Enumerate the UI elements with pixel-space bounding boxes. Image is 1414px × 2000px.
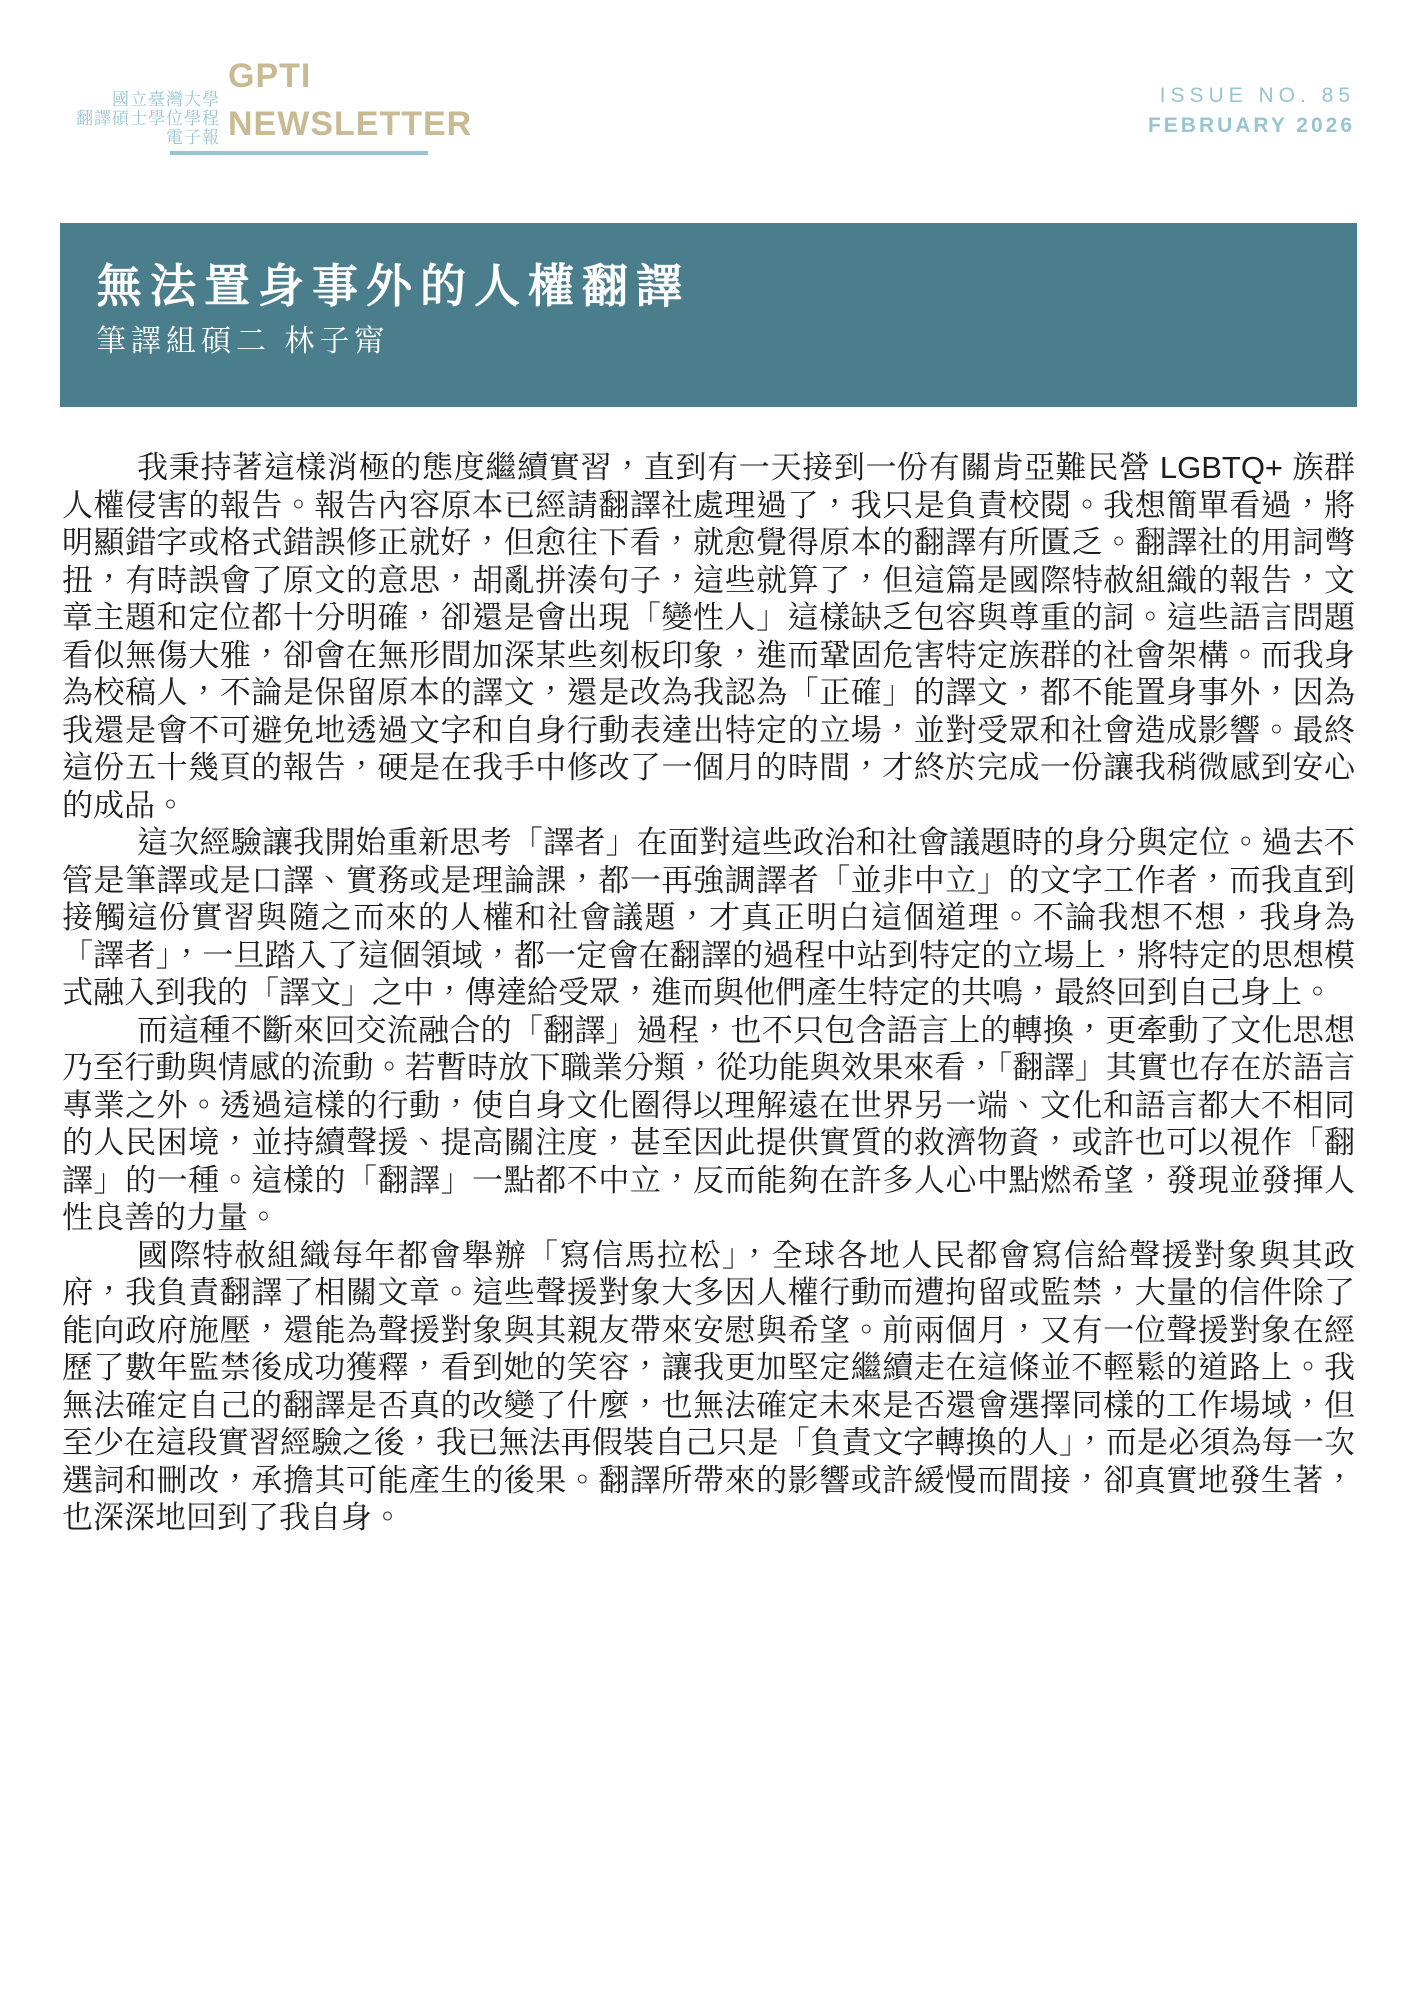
article-paragraph: 國際特赦組織每年都會舉辦「寫信馬拉松」，全球各地人民都會寫信給聲援對象與其政府，…: [62, 1237, 1355, 1537]
org-line-program: 翻譯碩士學位學程: [0, 109, 220, 128]
gpti-logo: GPTI NEWSLETTER: [228, 52, 472, 148]
issue-info: ISSUE NO. 85 FEBRUARY 2026: [1148, 84, 1355, 138]
article-paragraph: 我秉持著這樣消極的態度繼續實習，直到有一天接到一份有關肯亞難民營 LGBTQ+ …: [62, 449, 1355, 824]
article-body: 我秉持著這樣消極的態度繼續實習，直到有一天接到一份有關肯亞難民營 LGBTQ+ …: [62, 449, 1355, 1537]
article-title: 無法置身事外的人權翻譯: [96, 261, 1327, 311]
org-line-enewsletter: 電子報: [0, 128, 220, 147]
article-paragraph: 而這種不斷來回交流融合的「翻譯」過程，也不只包含語言上的轉換，更牽動了文化思想乃…: [62, 1012, 1355, 1237]
org-line-university: 國立臺灣大學: [0, 90, 220, 109]
article-author: 筆譯組碩二 林子甯: [96, 325, 1327, 359]
issue-date: FEBRUARY 2026: [1148, 114, 1355, 138]
logo-line-gpti: GPTI: [228, 52, 472, 100]
logo-underline: [170, 151, 428, 155]
logo-line-newsletter: NEWSLETTER: [228, 100, 472, 148]
issue-number: ISSUE NO. 85: [1148, 84, 1355, 108]
newsletter-page: 國立臺灣大學 翻譯碩士學位學程 電子報 GPTI NEWSLETTER ISSU…: [0, 0, 1414, 2000]
title-banner: 無法置身事外的人權翻譯 筆譯組碩二 林子甯: [60, 223, 1357, 407]
org-name: 國立臺灣大學 翻譯碩士學位學程 電子報: [0, 90, 220, 147]
article-paragraph: 這次經驗讓我開始重新思考「譯者」在面對這些政治和社會議題時的身分與定位。過去不管…: [62, 824, 1355, 1012]
